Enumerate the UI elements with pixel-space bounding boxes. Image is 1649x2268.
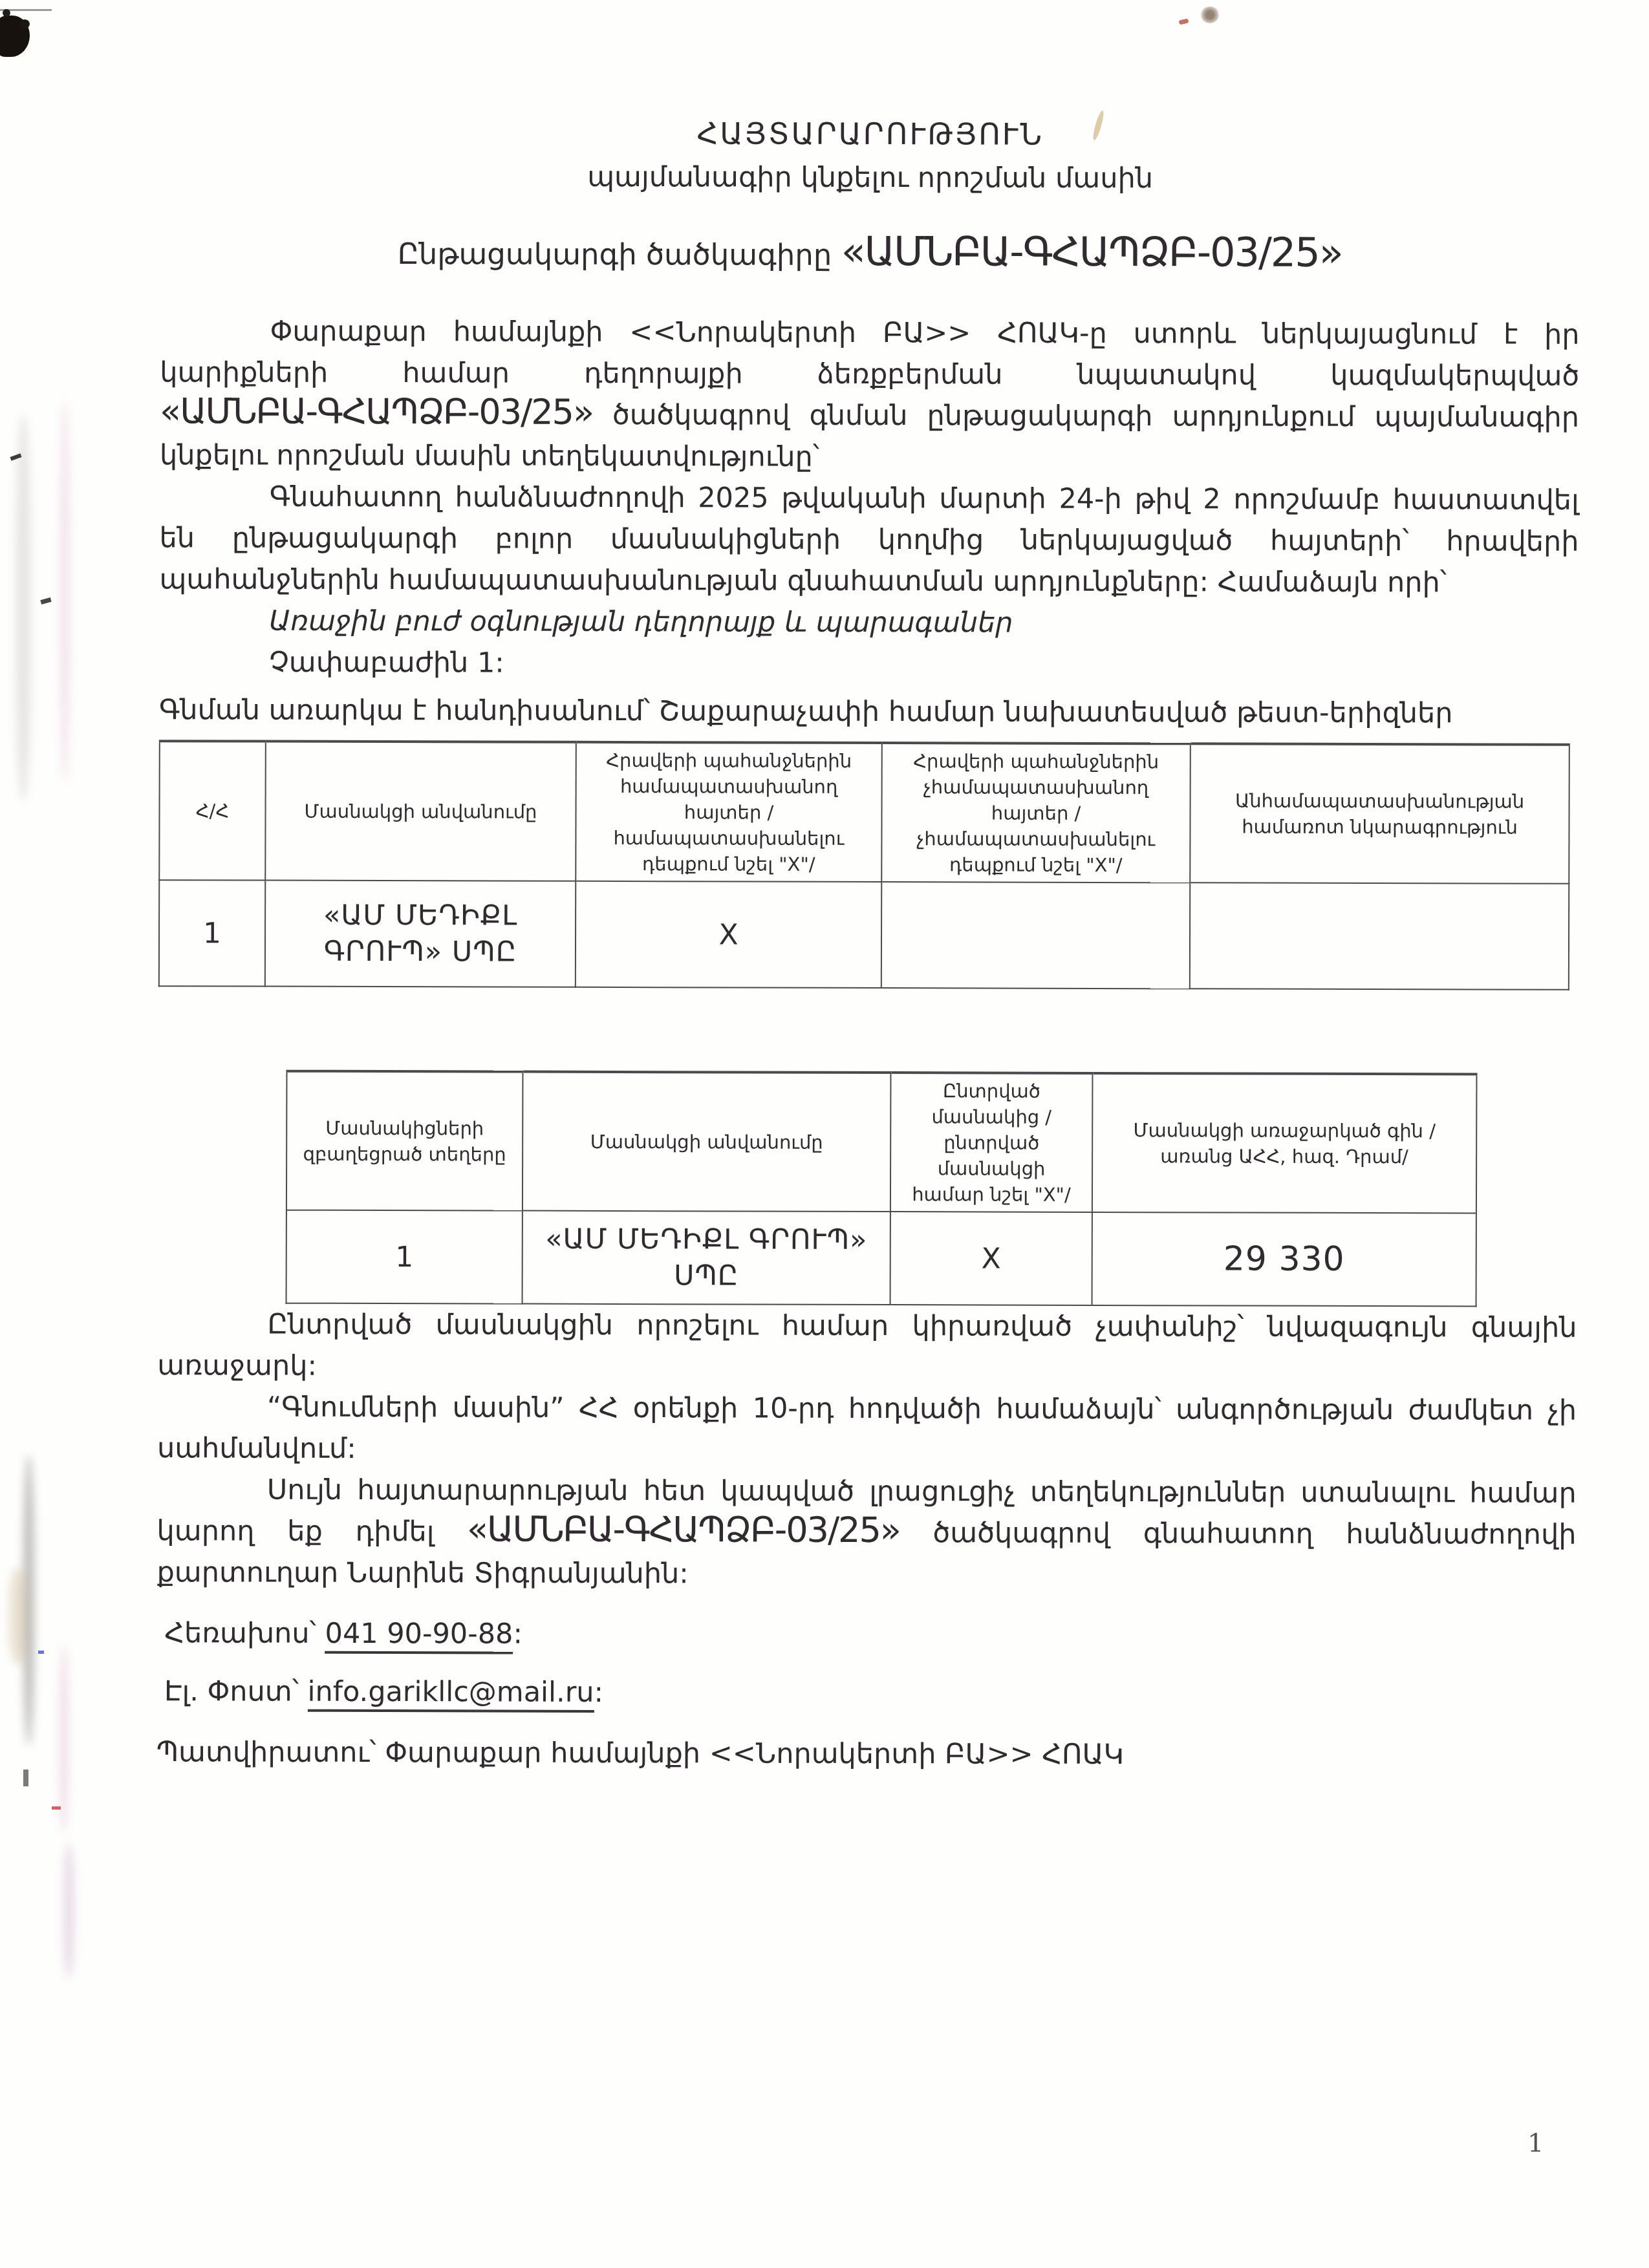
noncompliance-note-cell — [1190, 883, 1569, 990]
procedure-code-line: Ընթացակարգի ծածկագիրը «ԱՄՆԲԱ-ԳՀԱՊՁԲ-03/2… — [160, 226, 1580, 277]
col-header-selected-participant: Ընտրված մասնակից /ընտրված մասնակցի համար… — [890, 1073, 1093, 1212]
procedure-code-label: Ընթացակարգի ծածկագիրը — [398, 237, 832, 272]
email-label: Էլ. Փոստ՝ — [164, 1675, 308, 1708]
document-content: ՀԱՅՏԱՐԱՐՈՒԹՅՈՒՆ պայմանագիր կնքելու որոշմ… — [156, 114, 1580, 1777]
document-subtitle: պայմանագիր կնքելու որոշման մասին — [160, 160, 1580, 196]
scan-artifact-streak — [16, 414, 31, 802]
winner-table-row: 1 «ԱՄ ՄԵԴԻՔԼ ԳՐՈՒՊ» ՍՊԸ X 29 330 — [286, 1210, 1476, 1307]
email-line: Էլ. Փոստ՝ info.garikllc@mail.ru: — [164, 1671, 1576, 1716]
participant-number-cell: 1 — [159, 880, 265, 986]
lot-title: Առաջին բուժ օգնության դեղորայք և պարագան… — [159, 600, 1579, 645]
evaluation-paragraph: Գնահատող հանձնաժողովի 2025 թվականի մարտի… — [159, 476, 1579, 604]
place-cell: 1 — [286, 1210, 523, 1304]
phone-number: 041 90-90-88 — [325, 1618, 513, 1654]
compliance-table-header-row: Հ/Հ Մասնակցի անվանումը Հրավերի պահանջներ… — [159, 741, 1569, 884]
offered-price-cell: 29 330 — [1092, 1212, 1476, 1307]
scan-artifact-dash — [38, 1651, 44, 1654]
scanned-document-page: ՀԱՅՏԱՐԱՐՈՒԹՅՈՒՆ պայմանագիր կնքելու որոշմ… — [0, 0, 1649, 2268]
procedure-code-value: «ԱՄՆԲԱ-ԳՀԱՊՁԲ-03/25» — [841, 228, 1342, 276]
customer-line: Պատվիրատու՝ Փարաքար համայնքի <<Նորակերտի… — [156, 1731, 1576, 1777]
winner-table-header-row: Մասնակիցների զբաղեցրած տեղերը Մասնակցի ա… — [286, 1071, 1477, 1214]
email-address: info.garikllc@mail.ru — [308, 1676, 594, 1713]
law-paragraph: “Գնումների մասին” ՀՀ օրենքի 10-րդ հոդված… — [157, 1386, 1577, 1473]
scan-artifact-dash — [40, 597, 51, 604]
criteria-paragraph: Ընտրված մասնակցին որոշելու համար կիրառվա… — [157, 1303, 1577, 1390]
scan-artifact-dash — [23, 1770, 28, 1786]
compliance-table: Հ/Հ Մասնակցի անվանումը Հրավերի պահանջներ… — [158, 740, 1570, 990]
scan-artifact-dash — [10, 453, 21, 460]
scan-artifact-ink-blob — [0, 16, 30, 57]
page-number: 1 — [1527, 2128, 1544, 2158]
scan-artifact-streak — [60, 401, 70, 782]
intro-text-1: Փարաքար համայնքի <<Նորակերտի ԲԱ>> ՀՈԱԿ-ը… — [160, 316, 1579, 392]
scan-artifact-streak — [23, 1455, 34, 1746]
scan-artifact-gray-speck — [1200, 6, 1220, 23]
phone-label: Հեռախոս՝ — [164, 1617, 325, 1650]
col-header-noncompliance-description: Անհամապատասխանության համառոտ նկարագրությ… — [1190, 744, 1569, 884]
procurement-subject: Գնման առարկա է հանդիսանում՝ Շաքարաչափի հ… — [159, 689, 1579, 734]
col-header-participant-name: Մասնակցի անվանումը — [523, 1072, 891, 1212]
phone-line: Հեռախոս՝ 041 90-90-88: — [164, 1612, 1576, 1658]
contact-procedure-code: «ԱՄՆԲԱ-ԳՀԱՊՁԲ-03/25» — [467, 1508, 900, 1550]
scan-artifact-streak — [63, 1843, 74, 1978]
compliance-table-row: 1 «ԱՄ ՄԵԴԻՔԼ ԳՐՈՒՊ» ՍՊԸ X — [159, 880, 1569, 990]
lot-label: Չափաբաժին 1: — [159, 641, 1579, 687]
participant-name-cell: «ԱՄ ՄԵԴԻՔԼ ԳՐՈՒՊ» ՍՊԸ — [523, 1211, 890, 1305]
intro-procedure-code: «ԱՄՆԲԱ-ԳՀԱՊՁԲ-03/25» — [160, 390, 593, 433]
scan-artifact-dash — [52, 1806, 61, 1810]
intro-paragraph: Փարաքար համայնքի <<Նորակերտի ԲԱ>> ՀՈԱԿ-ը… — [160, 310, 1580, 480]
col-header-participant-name: Մասնակցի անվանումը — [265, 742, 576, 881]
winner-table: Մասնակիցների զբաղեցրած տեղերը Մասնակցի ա… — [286, 1070, 1478, 1307]
col-header-noncompliant-bids: Հրավերի պահանջներին չհամապատասխանող հայտ… — [881, 743, 1191, 883]
email-colon: : — [594, 1676, 604, 1709]
scan-artifact-streak — [59, 1645, 69, 1833]
contact-paragraph: Սույն հայտարարության հետ կապված լրացուցի… — [156, 1469, 1576, 1597]
scan-artifact-red-speck — [1178, 18, 1189, 25]
col-header-compliant-bids: Հրավերի պահանջներին համապատասխանող հայտե… — [576, 742, 882, 882]
selected-mark-cell: X — [890, 1212, 1092, 1305]
phone-colon: : — [513, 1618, 523, 1651]
col-header-places: Մասնակիցների զբաղեցրած տեղերը — [286, 1071, 523, 1211]
col-header-number: Հ/Հ — [159, 741, 266, 880]
participant-name-cell: «ԱՄ ՄԵԴԻՔԼ ԳՐՈՒՊ» ՍՊԸ — [265, 881, 576, 987]
noncompliant-mark-cell — [881, 882, 1190, 989]
scan-artifact-streak — [9, 1568, 27, 1665]
col-header-offered-price: Մասնակցի առաջարկած գին /առանց ԱՀՀ, հազ. … — [1092, 1073, 1477, 1214]
compliant-mark-cell: X — [576, 881, 881, 988]
document-title: ՀԱՅՏԱՐԱՐՈՒԹՅՈՒՆ — [160, 114, 1580, 153]
scan-artifact-topline — [0, 9, 52, 11]
